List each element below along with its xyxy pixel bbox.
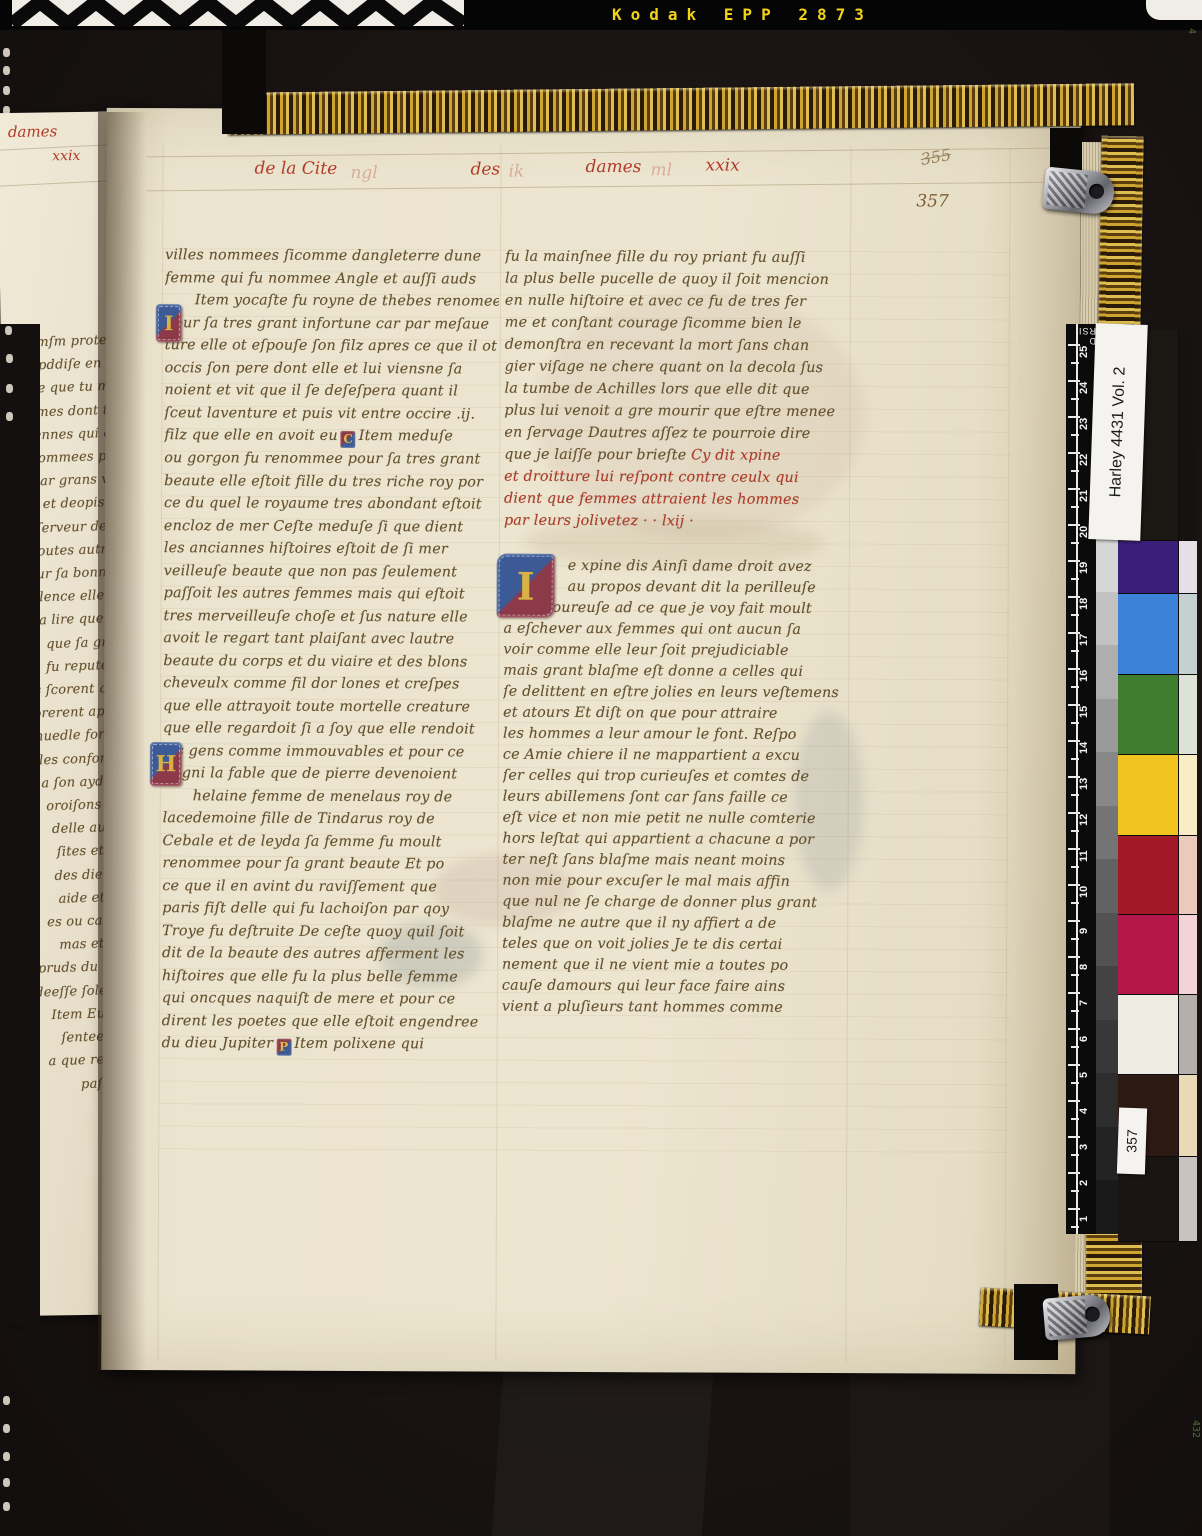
ruler-tick [1071,470,1079,472]
line-text: encloz de mer Ceſte meduſe ſi que dient [164,518,463,535]
line-text: pour ſa tres grant infortune car par meſ… [165,315,489,332]
ruler-number: 1 [1078,1206,1090,1222]
gray-step [1096,645,1118,699]
black-ribbon [222,26,266,134]
text-line: que nul ne ſe charge de donner plus gran… [502,892,842,914]
text-line: ou gorgon fu renommee pour ſa tres grant [164,447,498,471]
line-text: en nulle hiſtoire et avec ce fu de tres … [505,293,806,310]
text-line: avoit le regart tant plaiſant avec lautr… [163,627,497,651]
text-column-2-lower: e xpine dis Ainſi dame droit avezau prop… [502,556,844,1023]
manuscript-photograph: Kodak EPP 2873 4 432 dames xxix ſevoit m… [0,0,1202,1536]
folio-tab-text: 357 [1124,1129,1141,1153]
ruler-number: 5 [1078,1062,1090,1078]
line-text: dit de la beaute des autres afferment le… [162,945,465,962]
gray-step [1096,806,1118,860]
line-text: Troye fu deſtruite De ceſte quoy quil ſo… [162,923,464,940]
text-line: beaute elle eſtoit fille du tres riche r… [164,470,498,494]
text-line: vient a pluſieurs tant hommes comme [502,997,842,1019]
gilded-right-edge [1098,136,1143,331]
text-line: teles que on voit jolies Je te dis certa… [502,934,842,956]
ruler-number: 21 [1078,486,1090,502]
line-text: mais grant blaſme eſt donne a celles qui [503,663,803,680]
text-line: et atours Et diſt on que pour attraire [503,703,843,725]
text-line: encloz de mer Ceſte meduſe ſi que dient [164,515,498,539]
ruler-tick [1071,830,1079,832]
black-felt-strip [0,324,40,1324]
text-line: noient et vit que il ſe deſeſpera quant … [164,379,498,403]
line-text: les anciannes hiſtoires eſtoit de ſi mer [164,540,448,557]
text-line: la plus belle pucelle de quoy il ſoit me… [505,268,845,291]
text-line: villes nommees ſicomme dangleterre dune [165,244,499,268]
text-line: les hommes a leur amour le font. Reſpo [503,724,843,746]
line-text: ſer celles qui trop curieuſes et comtes … [503,768,809,785]
text-line: les anciannes hiſtoires eſtoit de ſi mer [164,537,498,561]
line-text: avoit le regart tant plaiſant avec lautr… [163,630,454,647]
line-text: occis ſon pere dont elle et lui viensne … [165,360,463,377]
text-line: pour ſa tres grant infortune car par meſ… [165,312,499,336]
line-text: a eſchever aux femmes qui ont aucun ſa [503,621,801,638]
line-text: que elle regardoit ſi a ſoy que elle ren… [163,720,475,737]
text-line: nement que il ne vient mie a toutes po [502,955,842,977]
text-line: leurs abillemens ſont car ſans faille ce [503,787,843,809]
text-line: ture elle ot eſpouſe ſon filz apres ce q… [165,334,499,358]
line-text: en ſervage Dautres aſſez te pourroie dir… [504,425,810,442]
line-text: ture elle ot eſpouſe ſon filz apres ce q… [165,337,497,354]
text-line: ce du quel le royaume tres abondant eſto… [164,492,498,516]
line-text: villes nommees ſicomme dangleterre dune [165,247,481,264]
line-text: ſe delittent en eſtre jolies en leurs ve… [503,684,839,701]
line-text: au propos devant dit la perilleuſe [568,579,816,596]
line-text: beaute elle eſtoit fille du tres riche r… [164,473,483,490]
ruler-tick [1071,362,1079,364]
ruler-number: 12 [1078,810,1090,826]
running-title-ghost: ngl [350,163,377,183]
inline-initial: P [276,1039,291,1056]
gray-step [1096,1127,1118,1181]
ruler-number: 2 [1078,1170,1090,1186]
running-title-part1: de la Cite [254,159,337,179]
ruler-number: 7 [1078,990,1090,1006]
ruler-number: 14 [1078,738,1090,754]
shelfmark-text: Harley 4431 Vol. 2 [1107,366,1130,497]
ruler-number: 10 [1078,882,1090,898]
color-patch-crimson [1118,915,1178,995]
text-line: veilleuſe beaute que non pas ſeulement [164,560,498,584]
ruler-tick [1071,614,1079,616]
gray-step [1096,1020,1118,1074]
ruler-number: 24 [1078,378,1090,394]
ruler-number: 15 [1078,702,1090,718]
film-edge-dot [5,300,12,309]
text-line: me et conſtant courage ſicomme bien le [505,312,845,335]
color-tint-crimson [1179,915,1197,995]
text-line: Item yocaſte fu royne de thebes renomee [165,289,499,313]
ruler-tick [1071,758,1079,760]
ruler-tick [1071,434,1079,436]
line-text: tres merveilleuſe choſe et ſus nature el… [164,608,468,625]
line-text: la tumbe de Achilles lors que elle dit q… [505,381,810,398]
text-line: ce que il en avint du raviſſement que [162,875,496,899]
text-line: dient que femmes attraient les hommes [504,488,844,511]
color-tint-black-2 [1179,1157,1197,1242]
text-line: dirent les poetes que elle eſtoit engend… [162,1010,496,1034]
line-text: ſceut laventure et puis vit entre occire… [164,405,475,422]
gray-step [1096,859,1118,913]
text-line: mais grant blaſme eſt donne a celles qui [503,661,843,683]
text-line: eſt vice et non mie petit ne nulle comte… [503,808,843,830]
ruler-tick [1071,506,1079,508]
ruler-tick [1071,1226,1079,1228]
ruler-tick [1071,794,1079,796]
text-line: blaſme ne autre que il ny affiert a de [502,913,842,935]
rubric-text: Cy dit xpine [686,447,780,463]
ruler-tick [1071,1154,1079,1156]
film-edge-dot [3,1502,10,1511]
line-text: Cebale et de leyda ſa femme fu moult [163,833,442,850]
text-line: voir comme elle leur ſoit prejudiciable [503,640,843,662]
color-patch-dark-red [1118,836,1178,915]
line-text: ce Amie chiere il ne mappartient a excu [503,747,800,764]
text-line: helaine femme de menelaus roy de [163,785,497,809]
line-text: paris fiſt delle qui fu lachoiſon par qo… [162,900,449,917]
line-text: leurs abillemens ſont car ſans faille ce [503,789,788,806]
text-line: que elle regardoit ſi a ſoy que elle ren… [163,717,497,741]
text-line: du dieu JupiterPItem polixene qui [162,1032,496,1056]
text-line: ſer celles qui trop curieuſes et comtes … [503,766,843,788]
film-edge-dot [3,66,10,75]
inline-initial: C [341,431,356,448]
text-line: la tumbe de Achilles lors que elle dit q… [504,378,844,401]
illuminated-initial: H [150,742,182,786]
text-line: et droitture lui reſpont contre ceulx qu… [504,466,844,489]
gray-step [1096,538,1118,592]
text-line: ſe delittent en eſtre jolies en leurs ve… [503,682,843,704]
gray-step [1096,1180,1118,1234]
text-line: beaute du corps et du viaire et des blon… [163,650,497,674]
line-text: voir comme elle leur ſoit prejudiciable [503,642,788,659]
line-text: ce que il en avint du raviſſement que [162,878,437,895]
ruler-number: 9 [1078,918,1090,934]
line-text: plus lui venoit a gre mourir que eſtre m… [504,403,835,420]
line-text: faigni la fable que de pierre devenoient [163,765,457,782]
illuminated-initial: I [156,304,182,342]
line-text: que elle attrayoit toute mortelle creatu… [163,698,470,715]
ruler-number: 13 [1078,774,1090,790]
facing-running-title: dames [8,122,58,141]
line-text: que je laiſſe pour brieſte [504,447,686,464]
line-text: cheveulx comme fil dor lones et creſpes [163,675,459,692]
film-corner-tab [1146,0,1202,20]
line-text: ter neſt ſans blaſme mais neant moins [502,852,785,869]
line-text: paſſoit les autres femmes mais qui eſtoi… [164,585,465,602]
line-text: les gens comme immouvables et pour ce [163,743,465,760]
line-text: helaine femme de menelaus roy de [193,788,453,805]
text-line: ter neſt ſans blaſme mais neant moins [502,850,842,872]
old-folio-number: 355 [919,145,952,169]
line-text: que nul ne ſe charge de donner plus gran… [502,894,817,911]
illuminated-initial-large: I [497,554,555,618]
running-title-part2: des [470,159,500,179]
ruler-number: 8 [1078,954,1090,970]
running-title-ghost: ik [508,162,524,182]
line-text: fu la mainſnee fille du roy priant fu au… [505,249,806,266]
ruler-number: 16 [1078,666,1090,682]
text-line: cheveulx comme fil dor lones et creſpes [163,672,497,696]
line-text: noient et vit que il ſe deſeſpera quant … [164,382,458,399]
text-line: non mie pour excuſer le mal mais affin [502,871,842,893]
ruler-tick [1071,578,1079,580]
line-text: dient que femmes attraient les hommes [504,491,799,508]
film-edge-dot [3,48,10,57]
line-text: renommee pour ſa grant beaute Et po [162,855,444,872]
color-tint-dark-red [1179,836,1197,915]
text-line: lacedemoine fille de Tindarus roy de [163,807,497,831]
gray-step [1096,1073,1118,1127]
text-column-2-upper: fu la mainſnee fille du roy priant fu au… [504,246,845,537]
line-text: veilleuſe beaute que non pas ſeulement [164,563,457,580]
film-edge-dot [3,1452,10,1461]
text-column-1: villes nommees ſicomme dangleterre dunef… [162,244,500,1059]
line-text: la plus belle pucelle de quoy il ſoit me… [505,271,829,288]
line-text: vient a pluſieurs tant hommes comme [502,999,783,1016]
color-patch-purple [1118,541,1178,594]
facing-chapter-numeral: xxix [52,148,80,164]
line-text: e xpine dis Ainſi dame droit avez [568,558,812,575]
gutter-shadow [98,112,146,1370]
ruler-tick [1071,650,1079,652]
text-line: femme qui fu nommee Angle et auſſi auds [165,267,499,291]
color-patch-green [1118,675,1178,755]
line-text: Item polixene qui [294,1036,424,1053]
text-line: paſſoit les autres femmes mais qui eſtoi… [164,582,498,606]
line-text: Item meduſe [359,428,453,444]
ruler-tick [1071,938,1079,940]
ruler-number: 3 [1078,1134,1090,1150]
color-tint-purple [1179,541,1197,594]
color-tint-green [1179,675,1197,755]
line-text: Item yocaſte fu royne de thebes renomee [195,292,499,309]
line-text: lacedemoine fille de Tindarus roy de [163,810,435,827]
text-line: ſceut laventure et puis vit entre occire… [164,402,498,426]
color-tint-blue [1179,594,1197,675]
line-text: beaute du corps et du viaire et des blon… [163,653,467,670]
line-text: cauſe damours qui leur face faire ains [502,978,785,995]
folio-tab-label: 357 [1117,1108,1147,1175]
gray-step [1096,913,1118,967]
color-tint-yellow [1179,755,1197,836]
film-edge-dot [3,1478,10,1487]
text-line: que elle attrayoit toute mortelle creatu… [163,695,497,719]
film-sprocket-zigzag [12,0,464,26]
film-edge-code: 4 [1186,28,1197,34]
ruler-number: 17 [1078,630,1090,646]
film-edge-dot [6,384,13,393]
line-text: qui oncques naquiſt de mere et pour ce [162,990,456,1007]
ruler-number: 18 [1078,594,1090,610]
ruler-tick [1071,1082,1079,1084]
ruler-number: 4 [1078,1098,1090,1114]
ruler-number: 23 [1078,414,1090,430]
binder-clip-top [1042,166,1116,215]
text-line: demonſtra en recevant la mort ſans chan [505,334,845,357]
line-text: et droitture lui reſpont contre ceulx qu… [504,469,799,486]
text-line: hiſtoires que elle fu la plus belle femm… [162,965,496,989]
ruler-tick [1071,866,1079,868]
line-text: blaſme ne autre que il ny affiert a de [502,915,776,932]
ruler-number: 22 [1078,450,1090,466]
text-line: hors leſtat qui appartient a chacune a p… [503,829,843,851]
text-line: par leurs jolivetez · · lxij · [504,510,844,533]
film-edge-dot [5,326,12,335]
ruler-tick [1071,1010,1079,1012]
line-text: nement que il ne vient mie a toutes po [502,957,788,974]
running-title-numeral: xxix [705,155,739,175]
ruler-tick [1071,686,1079,688]
line-text: ce du quel le royaume tres abondant eſto… [164,495,482,512]
ruler-tick [1071,722,1079,724]
ruler-tick [1071,974,1079,976]
text-line: renommee pour ſa grant beaute Et po [162,852,496,876]
text-line: gier viſage ne chere quant on la decola … [505,356,845,379]
text-line: les gens comme immouvables et pour ce [163,740,497,764]
text-line: fu la mainſnee fille du roy priant fu au… [505,246,845,269]
ruler-number: 19 [1078,558,1090,574]
text-line: qui oncques naquiſt de mere et pour ce [162,987,496,1011]
color-patch-white [1118,995,1178,1075]
text-line: paris fiſt delle qui fu lachoiſon par qo… [162,897,496,921]
line-text: hors leſtat qui appartient a chacune a p… [503,831,815,848]
line-text: par leurs jolivetez · · lxij · [504,513,694,530]
text-line: en nulle hiſtoire et avec ce fu de tres … [505,290,845,313]
gray-step [1096,966,1118,1020]
text-line: tres merveilleuſe choſe et ſus nature el… [163,605,497,629]
line-text: non mie pour excuſer le mal mais affin [502,873,790,890]
text-line: en ſervage Dautres aſſez te pourroie dir… [504,422,844,445]
running-title-ghost: ml [650,160,672,180]
recto-page: de la Cite ngl des ik dames ml xxix 355 … [101,108,1080,1374]
text-line: a eſchever aux femmes qui ont aucun ſa [503,619,843,641]
ruling-line [146,182,1058,192]
color-patch-yellow [1118,755,1178,836]
text-line: Troye fu deſtruite De ceſte quoy quil ſo… [162,920,496,944]
running-title-part3: dames [585,157,641,177]
ruler-tick [1071,1118,1079,1120]
gray-step [1096,699,1118,753]
line-text: du dieu Jupiter [162,1035,274,1051]
text-line: dit de la beaute des autres afferment le… [162,942,496,966]
film-edge-dot [3,86,10,95]
text-line: filz que elle en avoit euCItem meduſe [164,424,498,448]
ruler-tick [1071,1190,1079,1192]
color-tint-white [1179,995,1197,1075]
line-text: teles que on voit jolies Je te dis certa… [502,936,782,953]
grayscale-strip [1096,538,1118,1234]
line-text: me et conſtant courage ſicomme bien le [505,315,802,332]
line-text: ou gorgon fu renommee pour ſa tres grant [164,450,480,467]
gray-step [1096,752,1118,806]
text-line: ce Amie chiere il ne mappartient a excu [503,745,843,767]
line-text: gier viſage ne chere quant on la decola … [505,359,824,376]
film-edge-dot [3,1424,10,1433]
text-line: Cebale et de leyda ſa femme fu moult [163,830,497,854]
line-text: les hommes a leur amour le font. Reſpo [503,726,797,743]
film-edge-dot [3,1396,10,1405]
line-text: filz que elle en avoit eu [164,427,338,444]
film-edge-dot [6,354,13,363]
film-edge-dot [6,412,13,421]
film-edge-code: 432 [1190,1420,1201,1438]
line-text: dirent les poetes que elle eſtoit engend… [162,1013,479,1030]
text-line: occis ſon pere dont elle et lui viensne … [165,357,499,381]
ruler-tick [1071,1046,1079,1048]
ruler-number: 11 [1078,846,1090,862]
text-line: plus lui venoit a gre mourir que eſtre m… [504,400,844,423]
color-patch-blue [1118,594,1178,675]
color-tint-strip [1178,330,1197,1242]
ruler-tick [1071,542,1079,544]
color-tint-black [1179,330,1197,541]
shelfmark-label: Harley 4431 Vol. 2 [1088,323,1148,541]
line-text: hiſtoires que elle fu la plus belle femm… [162,968,458,985]
ruler-tick [1071,902,1079,904]
line-text: et atours Et diſt on que pour attraire [503,705,778,722]
ruler-tick [1071,398,1079,400]
gray-step [1096,592,1118,646]
ruler-number: 25 [1078,342,1090,358]
line-text: femme qui fu nommee Angle et auſſi auds [165,270,476,287]
film-edge-dot [3,106,10,115]
film-brand-label: Kodak EPP 2873 [612,5,873,24]
ruler-number: 6 [1078,1026,1090,1042]
line-text: eſt vice et non mie petit ne nulle comte… [503,810,816,827]
line-text: demonſtra en recevant la mort ſans chan [505,337,810,354]
color-tint-dark-brown [1179,1075,1197,1157]
text-line: que je laiſſe pour brieſte Cy dit xpine [504,444,844,467]
folio-number: 357 [916,191,949,211]
text-line: cauſe damours qui leur face faire ains [502,976,842,998]
text-line: faigni la fable que de pierre devenoient [163,762,497,786]
